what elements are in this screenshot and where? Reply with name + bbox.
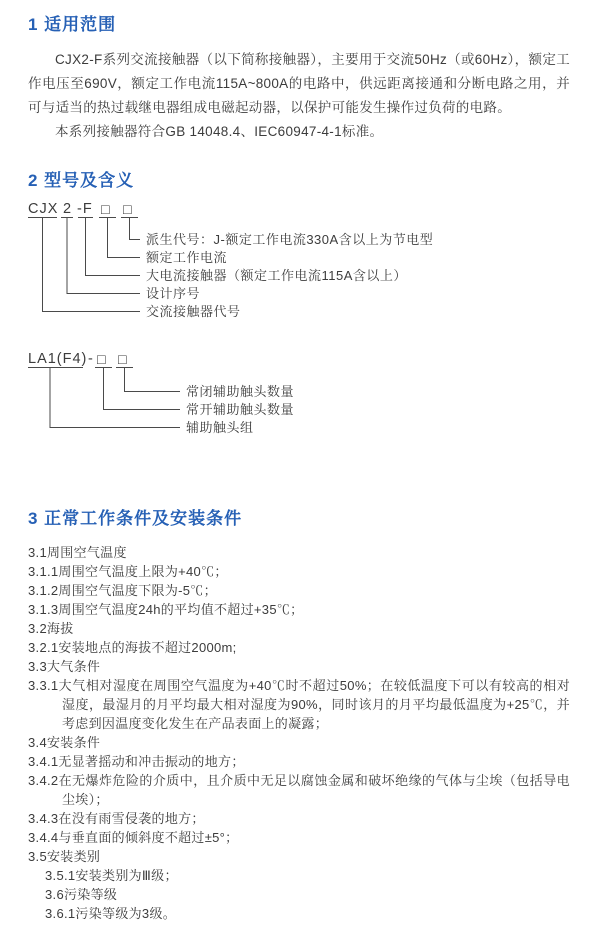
model-part-frame: -F <box>77 201 93 217</box>
condition-item-3-4-4: 3.4.4与垂直面的倾斜度不超过±5°； <box>28 828 570 847</box>
condition-item-3-3: 3.3大气条件 <box>28 657 570 676</box>
condition-item-3-5: 3.5安装类别 <box>28 847 570 866</box>
model-label-ac-contactor: 交流接触器代号 <box>146 304 241 319</box>
section-scope-heading: 1 适用范围 <box>28 14 570 36</box>
section-model-heading: 2 型号及含义 <box>28 170 570 192</box>
model-label-rated-current: 额定工作电流 <box>146 250 227 265</box>
model-label-high-current: 大电流接触器（额定工作电流115A含以上） <box>146 268 407 283</box>
condition-item-3-2-1: 3.2.1安装地点的海拔不超过2000m; <box>28 638 570 657</box>
condition-item-3-2: 3.2海拔 <box>28 619 570 638</box>
aux-connector-lines <box>50 368 180 428</box>
model-designation-diagram-main: CJX 2 -F □ □ 派生代号：J-额定工作电流330A含以上为节电型 额定… <box>28 200 570 324</box>
aux-part-dash: - <box>88 351 94 367</box>
condition-item-3-3-1: 3.3.1大气相对湿度在周围空气温度为+40℃时不超过50%；在较低温度下可以有… <box>28 676 570 733</box>
aux-part-prefix: LA1(F4) <box>28 351 87 367</box>
aux-part-box-2: □ <box>118 352 128 368</box>
model-part-box-2: □ <box>123 202 133 218</box>
model-label-derivative: 派生代号：J-额定工作电流330A含以上为节电型 <box>146 232 433 247</box>
aux-label-aux-group: 辅助触头组 <box>186 420 254 435</box>
manual-page: { "page": { "background": "#ffffff", "ac… <box>0 0 597 933</box>
model-designation-diagram-aux: LA1(F4) - □ □ 常闭辅助触头数量 常开辅助触头数量 辅助触头组 <box>28 350 570 442</box>
condition-item-3-4: 3.4安装条件 <box>28 733 570 752</box>
scope-paragraph-1: CJX2-F系列交流接触器（以下简称接触器），主要用于交流50Hz（或60Hz）… <box>28 48 570 120</box>
section-conditions-heading: 3 正常工作条件及安装条件 <box>28 508 570 530</box>
scope-paragraph-2: 本系列接触器符合GB 14048.4、IEC60947-4-1标准。 <box>28 120 570 144</box>
conditions-list: 3.1周围空气温度 3.1.1周围空气温度上限为+40℃； 3.1.2周围空气温… <box>28 543 570 923</box>
document-body: 1 适用范围 CJX2-F系列交流接触器（以下简称接触器），主要用于交流50Hz… <box>0 0 597 933</box>
aux-label-no-contacts: 常开辅助触头数量 <box>186 402 294 417</box>
aux-part-box-1: □ <box>97 352 107 368</box>
condition-item-3-6-1: 3.6.1污染等级为3级。 <box>45 904 570 923</box>
condition-item-3-1-1: 3.1.1周围空气温度上限为+40℃； <box>28 562 570 581</box>
condition-item-3-6: 3.6污染等级 <box>45 885 570 904</box>
condition-item-3-1-2: 3.1.2周围空气温度下限为-5℃； <box>28 581 570 600</box>
condition-item-3-4-1: 3.4.1无显著摇动和冲击振动的地方； <box>28 752 570 771</box>
model-part-box-1: □ <box>101 202 111 218</box>
model-label-design-serial: 设计序号 <box>146 286 200 301</box>
model-part-series: 2 <box>63 201 72 217</box>
condition-item-3-4-2: 3.4.2在无爆炸危险的介质中，且介质中无足以腐蚀金属和破坏绝缘的气体与尘埃（包… <box>28 771 570 809</box>
condition-item-3-1: 3.1周围空气温度 <box>28 543 570 562</box>
model-part-prefix: CJX <box>28 201 58 217</box>
condition-item-3-5-1: 3.5.1安装类别为Ⅲ级； <box>45 866 570 885</box>
condition-item-3-4-3: 3.4.3在没有雨雪侵袭的地方； <box>28 809 570 828</box>
aux-label-nc-contacts: 常闭辅助触头数量 <box>186 384 294 399</box>
model-connector-lines <box>43 218 141 312</box>
condition-item-3-1-3: 3.1.3周围空气温度24h的平均值不超过+35℃； <box>28 600 570 619</box>
